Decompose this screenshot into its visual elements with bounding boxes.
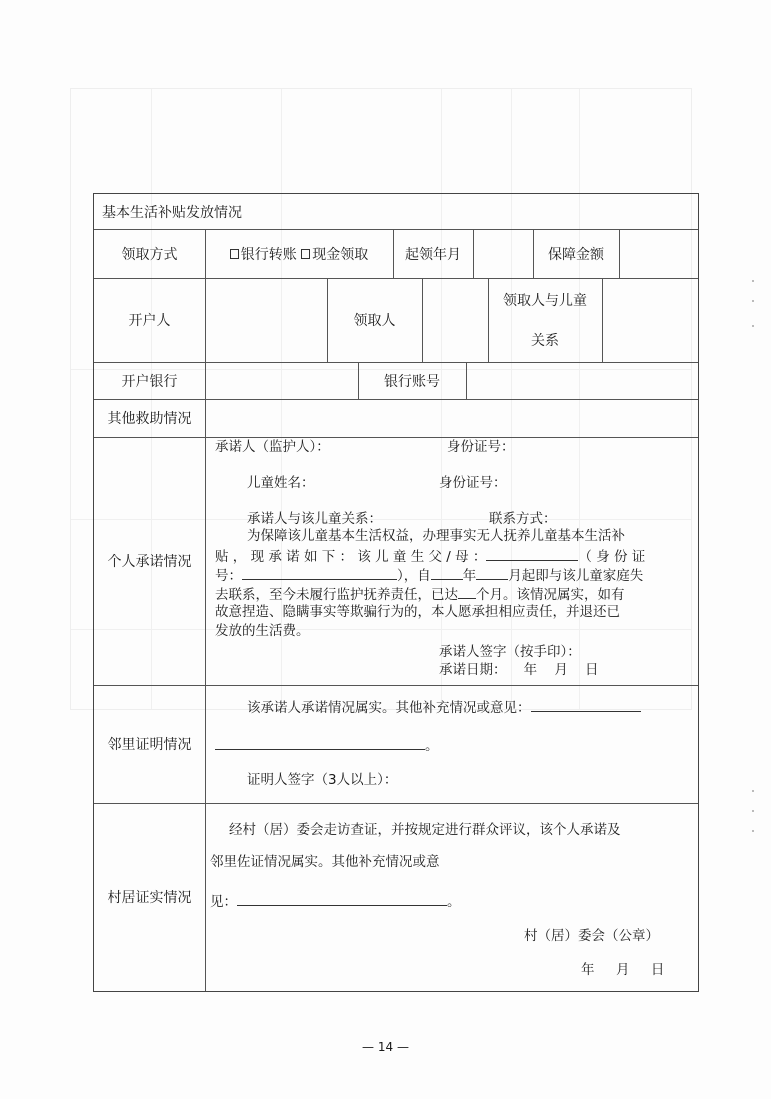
relation-label: 领取人与儿童 关系 [488, 278, 602, 362]
bank-field[interactable] [205, 362, 358, 399]
edge-mark [752, 830, 754, 832]
page-number: — 14 — [0, 1040, 771, 1054]
guardian-id-label: 身份证号： [447, 438, 515, 457]
relation-field[interactable] [602, 278, 698, 362]
account-holder-label: 开户人 [94, 278, 205, 362]
receive-method-options: 银行转账 现金领取 [205, 229, 393, 278]
recipient-label: 领取人 [327, 278, 422, 362]
edge-mark [752, 790, 754, 792]
village-date-label: 年 月 日 [581, 961, 664, 980]
commitment-p4: 去联系，至今未履行监护抚养责任，已达个月。该情况属实，如有 [215, 584, 625, 605]
edge-mark [752, 280, 754, 282]
commitment-sign-label: 承诺人签字（按手印）： [439, 643, 581, 662]
edge-mark [752, 325, 754, 327]
neighbor-label: 邻里证明情况 [94, 685, 205, 803]
commitment-p2: 贴 ， 现 承 诺 如 下 ： 该 儿 童 生 父 / 母 ：（ 身 份 证 [215, 546, 693, 567]
account-number-label: 银行账号 [358, 362, 466, 399]
village-opinion-blank[interactable] [237, 891, 447, 906]
commitment-p3: 号：），自年月起即与该儿童家庭失 [215, 565, 643, 586]
commitment-label: 个人承诺情况 [94, 437, 205, 685]
village-seal-label: 村（居）委会（公章） [524, 927, 659, 946]
edge-mark [752, 300, 754, 302]
parent-name-blank[interactable] [486, 546, 578, 561]
checkbox-icon[interactable] [301, 249, 310, 259]
section-title: 基本生活补贴发放情况 [94, 194, 698, 229]
neighbor-opinion-blank-1[interactable] [531, 697, 641, 712]
year-blank[interactable] [431, 565, 463, 580]
other-aid-field[interactable] [205, 399, 698, 437]
receive-method-label: 领取方式 [94, 229, 205, 278]
account-holder-field[interactable] [205, 278, 327, 362]
subsidy-form-table: 基本生活补贴发放情况 领取方式 银行转账 现金领取 起领年月 保障金额 开户人 … [93, 193, 699, 992]
child-name-label: 儿童姓名： [247, 474, 315, 493]
bank-label: 开户银行 [94, 362, 205, 399]
account-number-field[interactable] [466, 362, 698, 399]
commitment-p5: 故意捏造、隐瞒事实等欺骗行为的，本人愿承担相应责任，并退还已 [215, 603, 620, 622]
months-blank[interactable] [458, 584, 476, 599]
neighbor-sign-label: 证明人签字（3人以上）： [247, 771, 397, 790]
neighbor-line2: 。 [215, 735, 439, 756]
commitment-date-label: 承诺日期： 年 月 日 [439, 661, 599, 680]
checkbox-icon[interactable] [230, 249, 239, 259]
parent-id-blank[interactable] [242, 565, 397, 580]
commitment-p6: 发放的生活费。 [215, 622, 310, 641]
month-blank[interactable] [476, 565, 508, 580]
village-line3: 见：。 [210, 891, 461, 912]
start-month-field[interactable] [473, 229, 533, 278]
start-month-label: 起领年月 [393, 229, 473, 278]
other-aid-label: 其他救助情况 [94, 399, 205, 437]
bank-transfer-option[interactable]: 银行转账 [230, 244, 297, 264]
cash-option[interactable]: 现金领取 [301, 244, 368, 264]
amount-field[interactable] [619, 229, 698, 278]
child-id-label: 身份证号： [439, 474, 507, 493]
amount-label: 保障金额 [533, 229, 619, 278]
recipient-field[interactable] [422, 278, 488, 362]
guardian-label: 承诺人（监护人）： [215, 438, 330, 457]
village-line1: 经村（居）委会走访查证，并按规定进行群众评议，该个人承诺及 [229, 821, 621, 840]
neighbor-line1: 该承诺人承诺情况属实。其他补充情况或意见： [247, 697, 641, 718]
village-line2: 邻里佐证情况属实。其他补充情况或意 [210, 853, 440, 872]
village-label: 村居证实情况 [94, 803, 205, 991]
commitment-p1: 为保障该儿童基本生活权益，办理事实无人抚养儿童基本生活补 [247, 527, 625, 546]
neighbor-opinion-blank-2[interactable] [215, 735, 425, 750]
edge-mark [752, 810, 754, 812]
